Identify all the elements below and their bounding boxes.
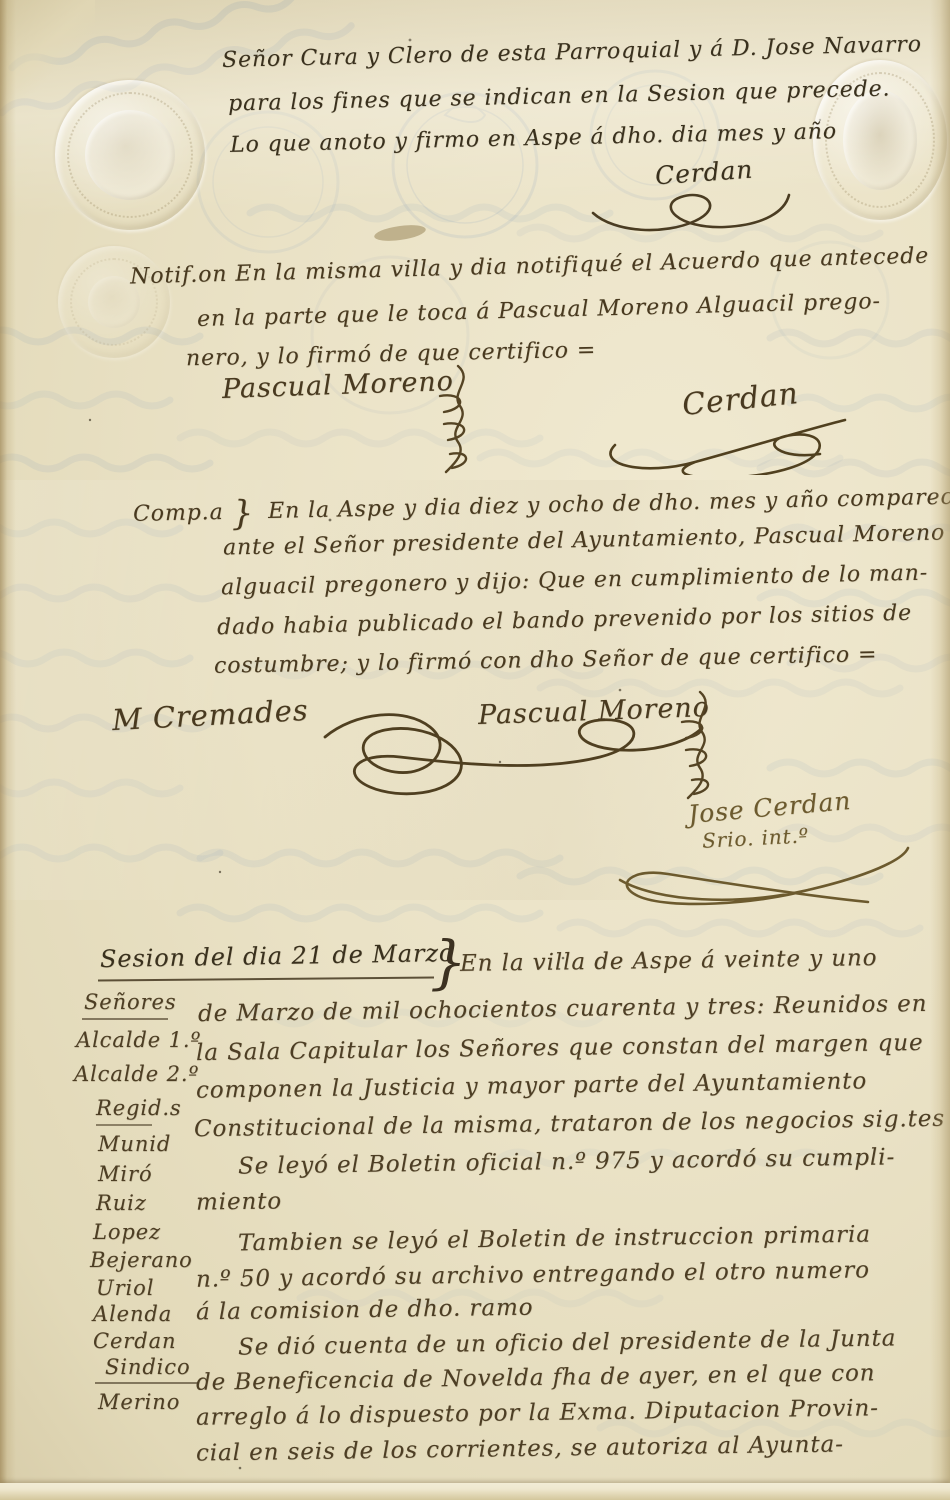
manuscript-page: Señor Cura y Clero de esta Parroquial y …	[0, 0, 950, 1500]
margin-entry: Bejerano	[90, 1248, 193, 1272]
margin-underline	[96, 1124, 152, 1126]
margin-entry: Regid.s	[96, 1096, 182, 1120]
margin-entry: Lopez	[93, 1220, 161, 1244]
comparecencia-text: En la Aspe y dia diez y ocho de dho. mes…	[268, 484, 950, 524]
embossed-seal-left-lower	[58, 246, 170, 358]
rubric-flourish	[608, 840, 918, 910]
minute-line: miento	[196, 1188, 282, 1215]
margin-underline	[82, 1018, 168, 1020]
page-bottom-edge	[0, 1483, 950, 1500]
margin-entry: Munid	[98, 1132, 171, 1156]
margin-entry: Cerdan	[93, 1329, 176, 1353]
margin-entry: Ruiz	[96, 1191, 147, 1215]
margin-entry: Merino	[98, 1390, 180, 1414]
margin-entry: Sindico	[105, 1355, 191, 1379]
margin-entry: Alenda	[93, 1302, 172, 1326]
rubric-flourish	[585, 183, 795, 238]
rubric-flourish	[590, 410, 860, 475]
margin-entry: Uriol	[96, 1276, 154, 1300]
margin-entry: Alcalde 1.º	[76, 1028, 201, 1052]
embossed-seal-left	[55, 80, 205, 230]
margin-entry: Alcalde 2.º	[74, 1062, 199, 1086]
margin-underline	[95, 1382, 199, 1384]
rubric-flourish	[662, 688, 732, 803]
brace-glyph: }	[231, 493, 254, 533]
margin-header: Señores	[84, 990, 177, 1014]
rubric-flourish	[420, 362, 490, 477]
minute-line: á la comision de dho. ramo	[196, 1295, 534, 1326]
margin-entry: Miró	[98, 1162, 153, 1186]
page-edge-right	[930, 0, 950, 1500]
comparecencia-label: Comp.a	[133, 500, 224, 527]
page-edge-left	[0, 0, 16, 1500]
